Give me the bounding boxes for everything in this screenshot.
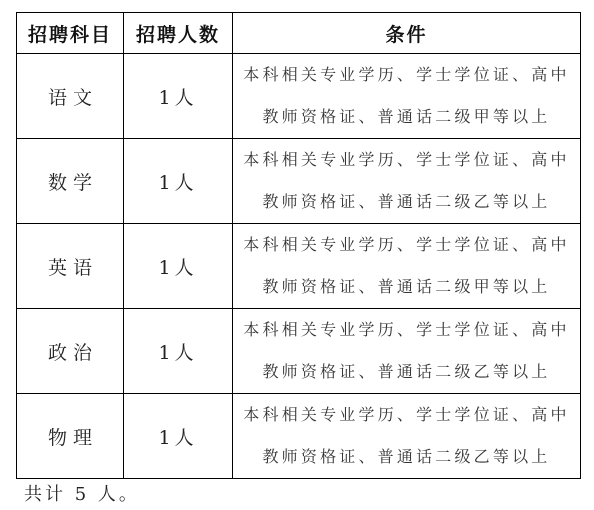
condition-cell: 本科相关专业学历、学士学位证、高中 教师资格证、普通话二级乙等以上 (233, 309, 581, 394)
condition-line: 本科相关专业学历、学士学位证、高中 (233, 139, 580, 181)
count-cell: 1人 (124, 139, 233, 224)
table-row: 语文 1人 本科相关专业学历、学士学位证、高中 教师资格证、普通话二级甲等以上 (17, 54, 581, 139)
condition-cell: 本科相关专业学历、学士学位证、高中 教师资格证、普通话二级甲等以上 (233, 54, 581, 139)
count-cell: 1人 (124, 309, 233, 394)
count-text: 1人 (158, 342, 197, 364)
condition-line: 本科相关专业学历、学士学位证、高中 (233, 54, 580, 96)
count-text: 1人 (158, 427, 197, 449)
table-row: 政治 1人 本科相关专业学历、学士学位证、高中 教师资格证、普通话二级乙等以上 (17, 309, 581, 394)
count-cell: 1人 (124, 394, 233, 479)
condition-line: 本科相关专业学历、学士学位证、高中 (233, 394, 580, 436)
condition-line: 教师资格证、普通话二级乙等以上 (233, 351, 580, 393)
condition-line: 本科相关专业学历、学士学位证、高中 (233, 224, 580, 266)
condition-cell: 本科相关专业学历、学士学位证、高中 教师资格证、普通话二级乙等以上 (233, 139, 581, 224)
subject-text: 语文 (42, 87, 98, 109)
condition-line: 教师资格证、普通话二级甲等以上 (233, 266, 580, 308)
table-header-row: 招聘科目 招聘人数 条件 (17, 13, 581, 54)
table-row: 英语 1人 本科相关专业学历、学士学位证、高中 教师资格证、普通话二级甲等以上 (17, 224, 581, 309)
subject-text: 物理 (42, 427, 98, 449)
header-subject: 招聘科目 (17, 13, 124, 54)
count-cell: 1人 (124, 224, 233, 309)
condition-line: 教师资格证、普通话二级甲等以上 (233, 96, 580, 138)
header-count: 招聘人数 (124, 13, 233, 54)
count-text: 1人 (158, 87, 197, 109)
subject-cell: 政治 (17, 309, 124, 394)
total-note: 共计 5 人。 (24, 480, 140, 506)
header-conditions: 条件 (233, 13, 581, 54)
count-text: 1人 (158, 257, 197, 279)
condition-line: 教师资格证、普通话二级乙等以上 (233, 436, 580, 478)
condition-cell: 本科相关专业学历、学士学位证、高中 教师资格证、普通话二级甲等以上 (233, 224, 581, 309)
condition-line: 教师资格证、普通话二级乙等以上 (233, 181, 580, 223)
subject-text: 数学 (42, 172, 98, 194)
subject-cell: 英语 (17, 224, 124, 309)
subject-cell: 数学 (17, 139, 124, 224)
table-row: 数学 1人 本科相关专业学历、学士学位证、高中 教师资格证、普通话二级乙等以上 (17, 139, 581, 224)
condition-cell: 本科相关专业学历、学士学位证、高中 教师资格证、普通话二级乙等以上 (233, 394, 581, 479)
subject-text: 政治 (42, 342, 98, 364)
recruitment-table: 招聘科目 招聘人数 条件 语文 1人 本科相关专业学历、学士学位证、高中 教师资… (16, 12, 581, 479)
condition-line: 本科相关专业学历、学士学位证、高中 (233, 309, 580, 351)
count-text: 1人 (158, 172, 197, 194)
subject-cell: 语文 (17, 54, 124, 139)
subject-cell: 物理 (17, 394, 124, 479)
cropped-heading-fragment (72, 0, 152, 2)
subject-text: 英语 (42, 257, 98, 279)
count-cell: 1人 (124, 54, 233, 139)
table-row: 物理 1人 本科相关专业学历、学士学位证、高中 教师资格证、普通话二级乙等以上 (17, 394, 581, 479)
